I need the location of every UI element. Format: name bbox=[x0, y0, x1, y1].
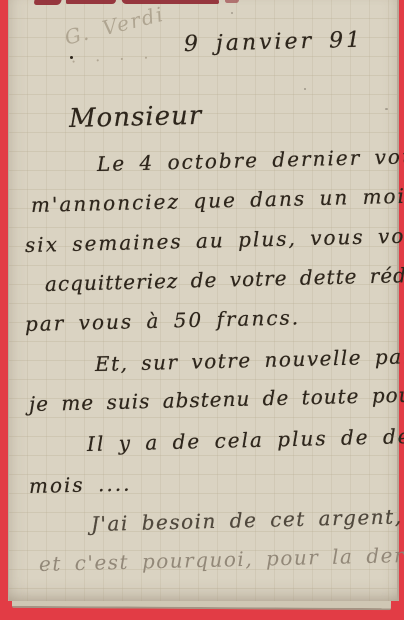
ink-speck bbox=[231, 12, 233, 14]
cropped-letterhead-fragment bbox=[122, 0, 220, 4]
handwriting-line: Le 4 octobre dernier vous bbox=[97, 144, 404, 176]
pencil-dots: · · · · bbox=[71, 48, 156, 71]
handwriting-line: m'annonciez que dans un mois, bbox=[31, 183, 404, 217]
handwriting-line: je me suis abstenu de toute poursuite. bbox=[29, 381, 404, 416]
pencil-annotation: G. Verdi bbox=[62, 2, 167, 50]
handwriting-line: mois .... bbox=[29, 472, 132, 498]
handwriting-line: par vous à 50 francs. bbox=[25, 305, 301, 336]
handwriting-line: J'ai besoin de cet argent, bbox=[91, 504, 403, 536]
handwriting-line: Il y a de cela plus de deux bbox=[87, 423, 404, 456]
letter-salutation: Monsieur bbox=[69, 101, 203, 134]
cropped-letterhead-fragment bbox=[33, 0, 61, 5]
letter-date: 9 janvier 91 bbox=[184, 28, 364, 57]
auction-photo-background: G. Verdi · · · · 9 janvier 91 Monsieur L… bbox=[0, 0, 404, 620]
letter-paper: G. Verdi · · · · 9 janvier 91 Monsieur L… bbox=[8, 0, 399, 601]
cropped-letterhead-fragment bbox=[225, 0, 239, 3]
handwriting-line: et c'est pourquoi, pour la dernière bbox=[39, 542, 404, 576]
ink-speck bbox=[385, 108, 388, 110]
handwriting-line: six semaines au plus, vous vous bbox=[25, 223, 404, 257]
handwriting-line: Et, sur votre nouvelle parole, bbox=[95, 343, 404, 376]
cropped-letterhead-fragment bbox=[66, 0, 116, 4]
ink-speck bbox=[304, 88, 306, 90]
handwriting-line: acquitteriez de votre dette réduite bbox=[45, 262, 404, 296]
ink-speck bbox=[70, 56, 73, 59]
